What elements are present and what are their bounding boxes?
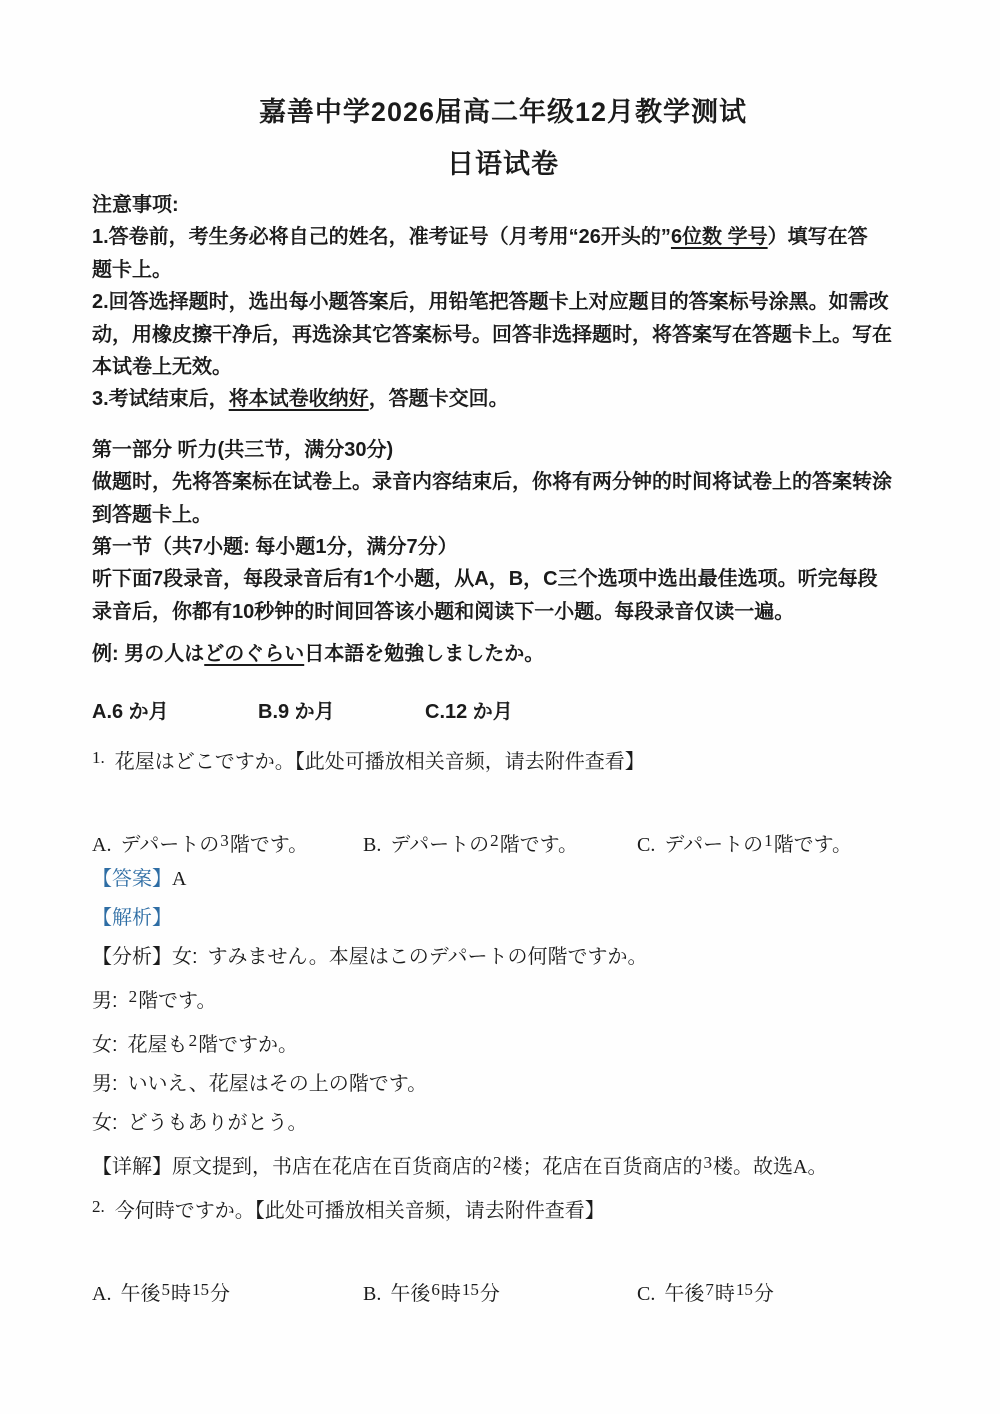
exam-title: 嘉善中学2026届高二年级12月教学测试 <box>92 0 914 130</box>
option-c-number: 1 <box>763 831 774 850</box>
question-1-audio-note: 【此处可播放相关音频，请去附件查看】 <box>295 751 645 773</box>
notice-item-3-pre: 3.考试结束后， <box>92 388 229 410</box>
dialog-3-number: 2 <box>188 1031 199 1050</box>
dialog-2-text: 階です。 <box>138 990 216 1012</box>
dialog-2-number: 2 <box>128 987 139 1006</box>
notice-item-1-pre: 1.答卷前，考生务必将自己的姓名，准考证号（月考用“26开头的” <box>92 226 671 248</box>
dialog-4-text: いいえ、花屋はその上の階です。 <box>128 1073 428 1095</box>
option-c-minute: 15 <box>735 1280 754 1299</box>
option-b-text: デパートの <box>390 834 489 856</box>
option-a-text: デパートの <box>120 834 219 856</box>
option-a-minute: 15 <box>191 1280 210 1299</box>
notice-item-1-underlined: 6位数 学号 <box>671 226 768 248</box>
question-1-options: A.デパートの3階です。 B.デパートの2階です。 C.デパートの1階です。 <box>92 821 914 860</box>
notice-heading: 注意事项: <box>92 189 914 221</box>
explanation-tag: 【详解】 <box>92 1156 172 1178</box>
explanation-number-1: 2 <box>492 1153 503 1172</box>
dialog-3-text: 階ですか。 <box>198 1034 298 1056</box>
answer-tag: 【答案】 <box>92 868 172 890</box>
option-b-text: 午後 <box>390 1283 430 1305</box>
question-2-option-b: B.午後6時15分 <box>363 1270 500 1314</box>
notice-item-1-line-1: 1.答卷前，考生务必将自己的姓名，准考证号（月考用“26开头的”6位数 学号）填… <box>92 221 914 253</box>
option-a-text-mid: 時 <box>171 1283 191 1305</box>
dialog-line-5: 女:どうもありがとう。 <box>92 1104 914 1143</box>
option-b-label: B. <box>363 1283 381 1305</box>
section1-heading: 第一节（共7小题: 每小题1分，满分7分） <box>92 531 914 563</box>
option-c-hour: 7 <box>704 1280 715 1299</box>
part1-intro-line-2: 到答题卡上。 <box>92 499 914 531</box>
example-post: 日本語を勉強しましたか。 <box>304 643 544 665</box>
example-option-c: C.12 か月 <box>425 696 513 728</box>
option-b-text-after: 分 <box>480 1283 500 1305</box>
option-c-text-after: 分 <box>754 1283 774 1305</box>
option-a-text-after: 分 <box>210 1283 230 1305</box>
option-a-label: A. <box>92 834 111 856</box>
notice-item-1-line-2: 题卡上。 <box>92 254 914 286</box>
dialog-line-4: 男:いいえ、花屋はその上の階です。 <box>92 1065 914 1104</box>
question-2-option-c: C.午後7時15分 <box>637 1270 774 1314</box>
example-pre: 例: 男の人は <box>92 643 204 665</box>
option-b-hour: 6 <box>430 1280 441 1299</box>
example-question: 例: 男の人はどのぐらい日本語を勉強しましたか。 <box>92 638 914 670</box>
part1-intro-line-1: 做题时，先将答案标在试卷上。录音内容结束后，你将有两分钟的时间将试卷上的答案转涂 <box>92 466 914 498</box>
option-a-text-after: 階です。 <box>230 834 308 856</box>
dialog-4-speaker: 男: <box>92 1073 118 1095</box>
question-1-option-a: A.デパートの3階です。 <box>92 821 308 865</box>
part1-heading: 第一部分 听力(共三节，满分30分) <box>92 434 914 466</box>
dialog-5-text: どうもありがとう。 <box>128 1112 308 1134</box>
analysis-line: 【解析】 <box>92 899 914 938</box>
exam-paper-page: 嘉善中学2026届高二年级12月教学测试 日语试卷 注意事项: 1.答卷前，考生… <box>0 0 1000 1414</box>
option-c-text: デパートの <box>664 834 763 856</box>
option-a-hour: 5 <box>160 1280 171 1299</box>
question-1-text: 花屋はどこですか。 <box>115 751 295 773</box>
example-option-b: B.9 か月 <box>258 696 335 728</box>
dialog-3-speaker: 女: <box>92 1034 118 1056</box>
option-b-minute: 15 <box>461 1280 480 1299</box>
option-b-text-after: 階です。 <box>500 834 578 856</box>
option-b-label: B. <box>363 834 381 856</box>
explanation-text-post: 楼。故选A。 <box>713 1156 827 1178</box>
example-options: A.6 か月 B.9 か月 C.12 か月 <box>92 696 914 728</box>
dialog-2-speaker: 男: <box>92 990 118 1012</box>
explanation-text-pre: 原文提到，书店在花店在百货商店的 <box>172 1156 492 1178</box>
question-2-number: 2. <box>92 1197 105 1216</box>
dialog-3-text-pre: 花屋も <box>128 1034 188 1056</box>
exam-subtitle: 日语试卷 <box>92 146 914 182</box>
notice-item-2-line-1: 2.回答选择题时，选出每小题答案后，用铅笔把答题卡上对应题目的答案标号涂黑。如需… <box>92 286 914 318</box>
answer-value: A <box>172 868 186 890</box>
question-1: 1.花屋はどこですか。【此处可播放相关音频，请去附件查看】 <box>92 738 914 782</box>
answer-line: 【答案】A <box>92 860 914 899</box>
dialog-1-text: すみません。本屋はこのデパートの何階ですか。 <box>208 946 648 968</box>
question-2-options: A.午後5時15分 B.午後6時15分 C.午後7時15分 <box>92 1270 914 1309</box>
option-a-label: A. <box>92 1283 111 1305</box>
analysis-tag: 【解析】 <box>92 907 172 929</box>
option-c-label: C. <box>637 834 655 856</box>
example-option-a: A.6 か月 <box>92 696 169 728</box>
option-c-text: 午後 <box>664 1283 704 1305</box>
dialog-line-1: 【分析】女:すみません。本屋はこのデパートの何階ですか。 <box>92 938 914 977</box>
dialog-tag: 【分析】 <box>92 946 172 968</box>
option-a-number: 3 <box>219 831 230 850</box>
question-2-option-a: A.午後5時15分 <box>92 1270 230 1314</box>
dialog-line-2: 男:2階です。 <box>92 977 914 1021</box>
option-a-text: 午後 <box>120 1283 160 1305</box>
option-c-label: C. <box>637 1283 655 1305</box>
question-2: 2.今何時ですか。【此处可播放相关音频，请去附件查看】 <box>92 1187 914 1231</box>
option-c-text-mid: 時 <box>715 1283 735 1305</box>
question-1-option-b: B.デパートの2階です。 <box>363 821 578 865</box>
question-1-number: 1. <box>92 748 105 767</box>
question-2-audio-note: 【此处可播放相关音频，请去附件查看】 <box>255 1200 605 1222</box>
dialog-5-speaker: 女: <box>92 1112 118 1134</box>
notice-item-3: 3.考试结束后，将本试卷收纳好，答题卡交回。 <box>92 383 914 415</box>
explanation-line: 【详解】原文提到，书店在花店在百货商店的2楼；花店在百货商店的3楼。故选A。 <box>92 1143 914 1187</box>
dialog-1-speaker: 女: <box>172 946 198 968</box>
example-underlined: どのぐらい <box>204 643 304 665</box>
part1-listening-section: 第一部分 听力(共三节，满分30分) 做题时，先将答案标在试卷上。录音内容结束后… <box>92 434 914 628</box>
section1-instruction-line-2: 录音后，你都有10秒钟的时间回答该小题和阅读下一小题。每段录音仅读一遍。 <box>92 596 914 628</box>
question-2-text: 今何時ですか。 <box>115 1200 255 1222</box>
explanation-number-2: 3 <box>703 1153 714 1172</box>
section1-instruction-line-1: 听下面7段录音，每段录音后有1个小题，从A，B，C三个选项中选出最佳选项。听完每… <box>92 563 914 595</box>
option-b-number: 2 <box>489 831 500 850</box>
notice-item-3-underlined: 将本试卷收纳好 <box>229 388 369 410</box>
question-1-option-c: C.デパートの1階です。 <box>637 821 852 865</box>
notice-item-1-post: ）填写在答 <box>768 226 868 248</box>
dialog-line-3: 女:花屋も2階ですか。 <box>92 1021 914 1065</box>
notice-item-3-post: ，答题卡交回。 <box>369 388 509 410</box>
notice-item-2-line-3: 本试卷上无效。 <box>92 351 914 383</box>
option-c-text-after: 階です。 <box>774 834 852 856</box>
notice-item-2-line-2: 动，用橡皮擦干净后，再选涂其它答案标号。回答非选择题时，将答案写在答题卡上。写在 <box>92 319 914 351</box>
option-b-text-mid: 時 <box>441 1283 461 1305</box>
explanation-text-mid: 楼；花店在百货商店的 <box>503 1156 703 1178</box>
notice-section: 注意事项: 1.答卷前，考生务必将自己的姓名，准考证号（月考用“26开头的”6位… <box>92 189 914 416</box>
